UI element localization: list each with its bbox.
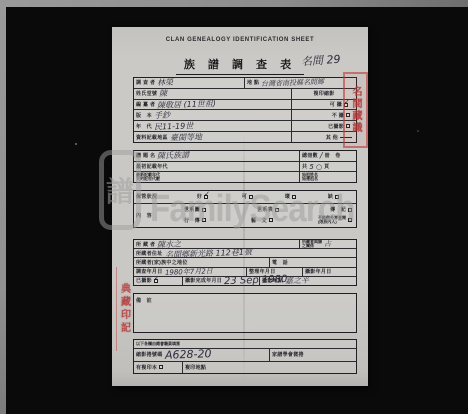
record-area-value: 臺閩等地 (170, 132, 202, 142)
restricted-label-line2: (限族內人) (318, 220, 346, 225)
condition-option-fair: 可 (242, 193, 253, 200)
earliest-record-label: 最初記載年代 (136, 163, 168, 170)
condition-option-good: 好 ✓ (197, 193, 210, 201)
ancestor-cell: 始祖姓名 始遷祖名 (299, 172, 356, 182)
contents-options-top: 世系圖 世系表 傳 記 (184, 206, 352, 213)
corner-annotation-handwritten: 名間 29 (300, 51, 341, 70)
table-row: 所藏者住址 名間鄉新光路 112巷1號 (134, 249, 356, 258)
condition-option-missing: 缺 (328, 193, 339, 200)
already-filmed-label: 已攝影 (136, 277, 152, 284)
literature-checkbox (269, 218, 273, 222)
contents-option-table: 世系表 (257, 206, 279, 213)
owner-value: 陳水之 (157, 240, 181, 248)
edition-label: 版 本 (136, 112, 152, 119)
option-label: 世系表 (257, 206, 273, 213)
surname-label: 姓氏堂號 (136, 90, 157, 97)
table-row: 備 註 (134, 294, 356, 332)
volume-count-value: / (320, 151, 323, 160)
migrant-ancestor-label: 始遷祖名 (302, 177, 318, 182)
table-row: 所 藏 者 陳水之 所藏者與譜 之關係 占 (134, 240, 356, 249)
table-identification: 調 查 者 林榮 地 點 台灣省南投縣名間鄉 姓氏堂號 陳 複印縮影 (133, 77, 357, 143)
table-row: 內 容 世系圖 世系表 傳 記 (134, 204, 356, 227)
record-area-cell: 資料記載地區 臺閩等地 (134, 132, 291, 142)
genealogy-title-value: 陳氏族譜 (157, 151, 189, 161)
page-count-label: 共 (302, 163, 307, 170)
condition-options-cell: 好 ✓ 可 壞 缺 (180, 191, 356, 203)
table-row: 最新記載年代 大約記世代數 始祖姓名 始遷祖名 (134, 172, 356, 182)
option-label: 可 (242, 193, 247, 200)
option-label: 缺 (328, 193, 333, 200)
era-value: 民11-19世 (154, 121, 194, 131)
earliest-record-cell: 最初記載年代 (134, 162, 299, 172)
location-value: 台灣省南投縣名間鄉 (261, 78, 324, 88)
table-owner: 所 藏 者 陳水之 所藏者與譜 之關係 占 所藏者住址 名間鄉新光路 112巷1… (133, 239, 357, 286)
film-place-value: 嘉之平 (285, 277, 309, 285)
latest-record-cell: 最新記載年代 大約記世代數 (134, 172, 299, 182)
filmed-label: 已攝影 (328, 123, 344, 130)
photocopy-place-label: 複印地點 (185, 364, 206, 371)
contents-options-bottom: 行 傳 藝 文 不能供外界查閱 (限族內人) (184, 216, 352, 225)
already-filmed-cell: 已攝影 ✓ (134, 277, 182, 285)
society-collection-label: 家譜學會微捲 (272, 351, 304, 358)
notes-label: 備 註 (136, 297, 152, 304)
microfilm-number-cell: 縮影捲號碼 A628-20 (134, 349, 269, 361)
records-checkbox (202, 218, 206, 222)
compiler-cell: 編 纂 者 陳敬居 (11世祖) (134, 100, 291, 110)
may-film-label: 可 攝 (330, 101, 342, 108)
table-row: 編 纂 者 陳敬居 (11世祖) 可 攝 ✓ (134, 100, 356, 111)
survey-date-label: 調查年月日 (136, 268, 163, 275)
table-row: 有複印本 複印地點 (134, 362, 356, 374)
page-count-cell: 共 5 ○ 頁 (299, 162, 356, 172)
surveyor-cell: 調 查 者 林榮 (134, 78, 244, 88)
restricted-checkbox (348, 218, 352, 222)
office-note-label: 以下各欄由總會職員填寫 (136, 342, 180, 347)
volume-count-cell: 總冊數 / 冊 卷 (299, 151, 356, 161)
contents-option-records: 行 傳 (184, 216, 206, 225)
compiler-label: 編 纂 者 (136, 101, 155, 108)
location-label: 地 點 (247, 79, 259, 86)
owner-relation-label-line2: 之關係 (302, 244, 322, 248)
surname-value: 陳 (159, 89, 167, 99)
option-label: 壞 (285, 193, 290, 200)
owner-relation-cell: 所藏者與譜 之關係 占 (299, 240, 356, 248)
photocopy-label: 有複印本 (136, 364, 157, 371)
film-complete-label: 攝影完成年月日 (185, 277, 222, 284)
compiler-value: 陳敬居 (11世祖) (157, 100, 216, 110)
option-label: 好 (197, 193, 202, 200)
pedigree-table-checkbox (275, 208, 279, 212)
condition-label: 保管狀況 (136, 193, 157, 200)
option-label: 藝 文 (251, 217, 267, 224)
form-header-english: CLAN GENEALOGY IDENTIFICATION SHEET (112, 37, 368, 43)
owner-label: 所 藏 者 (136, 241, 155, 248)
option-label: 行 傳 (184, 217, 200, 224)
contents-option-restricted: 不能供外界查閱 (限族內人) (318, 216, 352, 225)
record-area-label: 資料記載地區 (136, 134, 168, 141)
option-label: 傳 記 (330, 206, 346, 213)
page-unit-label: 頁 (324, 163, 329, 170)
volume-count-label: 總冊數 (302, 152, 318, 159)
contents-options: 世系圖 世系表 傳 記 行 (180, 204, 356, 227)
contents-option-chart: 世系圖 (184, 206, 206, 213)
survey-date-cell: 調查年月日 1980年7月2日 (134, 268, 246, 276)
owner-address-cell: 所藏者住址 名間鄉新光路 112巷1號 (134, 249, 356, 257)
option-label: 世系圖 (184, 206, 200, 213)
volume-unit-label: 冊 卷 (325, 152, 341, 159)
scanner-edge-top (0, 0, 468, 7)
biography-checkbox (348, 208, 352, 212)
condition-option-poor: 壞 (285, 193, 296, 200)
era-label: 年 代 (136, 123, 152, 130)
table-row: 譜 題 名 陳氏族譜 總冊數 / 冊 卷 (134, 151, 356, 162)
phone-cell: 電 話 (269, 258, 356, 266)
table-row: 資料記載地區 臺閩等地 其 他 (134, 132, 356, 142)
film-complete-cell: 攝影完成年月日 23 Sep 1980 (182, 277, 259, 285)
owner-relation-labels: 所藏者與譜 之關係 (302, 240, 322, 248)
owner-position-cell: 所藏者(家)族中之地位 (134, 258, 269, 266)
red-seal-right-text: 名間藏識 (348, 86, 363, 134)
restricted-labels: 不能供外界查閱 (限族內人) (318, 216, 346, 225)
table-row: 所藏者(家)族中之地位 電 話 (134, 258, 356, 267)
red-seal-left-text: 典藏印記 (117, 283, 132, 335)
location-cell: 地 點 台灣省南投縣名間鄉 (244, 78, 356, 88)
photocopy-checkbox (159, 365, 163, 369)
owner-cell: 所 藏 者 陳水之 (134, 240, 299, 248)
owner-relation-value: 占 (324, 240, 331, 248)
society-collection-cell: 家譜學會微捲 (269, 349, 356, 361)
office-note-cell: 以下各欄由總會職員填寫 (134, 340, 356, 348)
form-title-chinese: 族 譜 調 查 表 (176, 56, 304, 75)
table-row: 已攝影 ✓ 攝影完成年月日 23 Sep 1980 攝影地點 嘉之平 (134, 277, 356, 285)
edition-cell: 版 本 手鈔 (134, 110, 291, 120)
latest-record-labels: 最新記載年代 大約記世代數 (136, 173, 160, 182)
table-title-volumes: 譜 題 名 陳氏族譜 總冊數 / 冊 卷 最初記載年代 共 5 ○ 頁 (133, 150, 357, 183)
filming-date-cell: 攝影年月日 (302, 268, 356, 276)
scanned-page: CLAN GENEALOGY IDENTIFICATION SHEET 族 譜 … (0, 0, 468, 414)
contents-option-literature: 藝 文 (251, 216, 273, 225)
phone-label: 電 話 (272, 259, 288, 266)
survey-date-value: 1980年7月2日 (164, 268, 212, 276)
surveyor-value: 林榮 (157, 78, 173, 88)
table-row: 年 代 民11-19世 已攝影 (134, 121, 356, 132)
filming-date-label: 攝影年月日 (305, 268, 332, 275)
fair-checkbox (249, 195, 253, 199)
table-notes: 備 註 (133, 293, 357, 333)
contents-label: 內 容 (136, 212, 152, 219)
photocopy-cell: 有複印本 (134, 362, 182, 374)
form-paper: CLAN GENEALOGY IDENTIFICATION SHEET 族 譜 … (112, 27, 368, 386)
edition-value: 手鈔 (154, 110, 170, 120)
table-row: 調 查 者 林榮 地 點 台灣省南投縣名間鄉 (134, 78, 356, 89)
microfilm-number-value: A628-20 (164, 347, 211, 362)
surname-cell: 姓氏堂號 陳 (134, 89, 291, 99)
poor-checkbox (292, 195, 296, 199)
table-office-use: 以下各欄由總會職員填寫 縮影捲號碼 A628-20 家譜學會微捲 有複印本 複 (133, 339, 357, 374)
generations-label: 大約記世代數 (136, 177, 160, 182)
table-row: 姓氏堂號 陳 複印縮影 (134, 89, 356, 100)
scanner-edge-left (0, 0, 6, 414)
page-count-value: 5 ○ (309, 163, 322, 171)
table-row: 以下各欄由總會職員填寫 (134, 340, 356, 349)
red-seal-right: 名間藏識 (343, 72, 368, 148)
table-row: 版 本 手鈔 不 攝 (134, 110, 356, 121)
contents-label-cell: 內 容 (134, 204, 180, 227)
dust-speck (75, 143, 77, 145)
owner-position-label: 所藏者(家)族中之地位 (136, 259, 188, 266)
microfilm-header-label: 複印縮影 (313, 90, 334, 97)
era-cell: 年 代 民11-19世 (134, 121, 291, 131)
missing-checkbox (335, 195, 339, 199)
other-label: 其 他 (326, 134, 338, 141)
table-row: 縮影捲號碼 A628-20 家譜學會微捲 (134, 349, 356, 362)
notes-cell: 備 註 (134, 294, 356, 332)
red-seal-left: 典藏印記 (116, 267, 131, 351)
contents-option-biography: 傳 記 (330, 206, 352, 213)
genealogy-title-label: 譜 題 名 (136, 152, 155, 159)
table-row: 最初記載年代 共 5 ○ 頁 (134, 162, 356, 173)
microfilm-number-label: 縮影捲號碼 (136, 351, 163, 358)
pedigree-chart-checkbox (202, 208, 206, 212)
owner-address-value: 名間鄉新光路 112巷1號 (164, 249, 251, 257)
genealogy-title-cell: 譜 題 名 陳氏族譜 (134, 151, 299, 161)
film-complete-value: 23 Sep 1980 (224, 274, 288, 287)
dust-speck (417, 130, 419, 132)
photocopy-place-cell: 複印地點 (182, 362, 356, 374)
table-condition-contents: 保管狀況 好 ✓ 可 壞 (133, 190, 357, 228)
ancestor-labels: 始祖姓名 始遷祖名 (302, 173, 318, 182)
table-row: 保管狀況 好 ✓ 可 壞 (134, 191, 356, 204)
owner-address-label: 所藏者住址 (136, 250, 163, 257)
surveyor-label: 調 查 者 (136, 79, 155, 86)
condition-label-cell: 保管狀況 (134, 191, 180, 203)
